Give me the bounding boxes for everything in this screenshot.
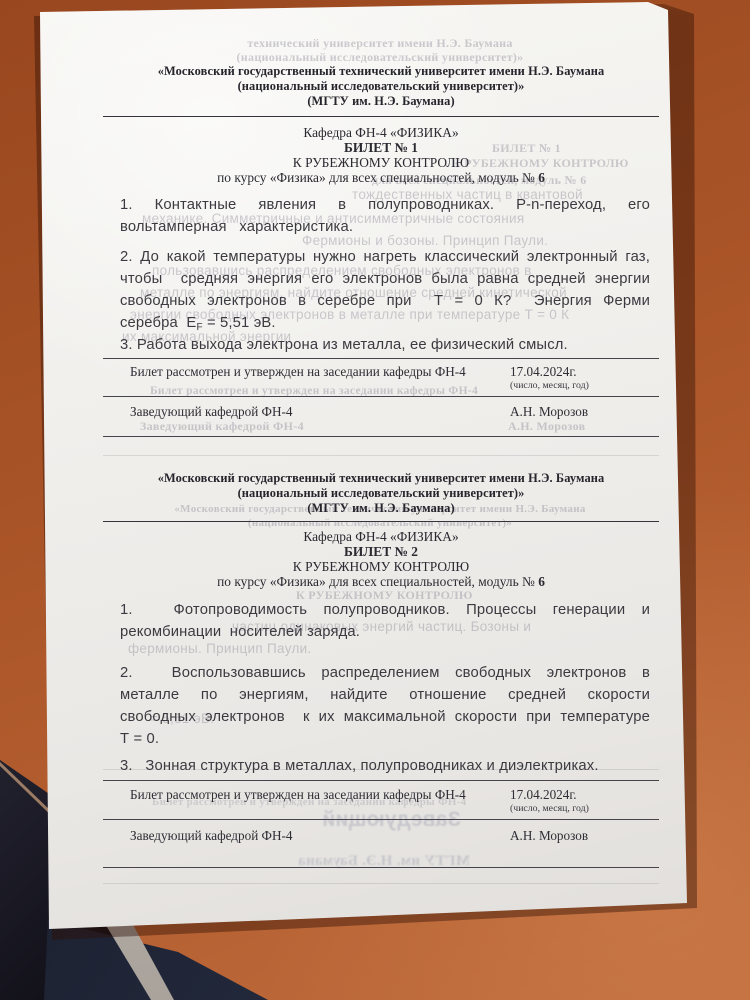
approval-date: 17.04.2024г. <box>510 364 660 380</box>
question-1-line: 1. Фотопроводимость полупроводников. Про… <box>120 599 650 621</box>
department-head-label: Заведующий кафедрой ФН-4 <box>130 828 500 844</box>
university-name-line2: (национальный исследовательский универси… <box>104 79 658 93</box>
course-line: по курсу «Физика» для всех специальносте… <box>104 171 658 185</box>
approval-date-note: (число, месяц, год) <box>510 803 660 814</box>
course-text: по курсу «Физика» для всех специальносте… <box>217 170 538 185</box>
faint-bleed-line <box>103 455 659 456</box>
approval-date-note: (число, месяц, год) <box>510 380 660 391</box>
department-title: Кафедра ФН-4 «ФИЗИКА» <box>104 530 658 544</box>
module-number: 6 <box>538 170 545 185</box>
approval-label: Билет рассмотрен и утвержден на заседани… <box>130 787 500 803</box>
department-head-label: Заведующий кафедрой ФН-4 <box>130 404 500 420</box>
approval-label: Билет рассмотрен и утвержден на заседани… <box>130 364 500 380</box>
question-2-line: серебра EF = 5,51 эВ. <box>120 312 650 334</box>
university-name-line1: «Московский государственный технический … <box>104 64 658 78</box>
question-3-line: 3. Работа выхода электрона из металла, е… <box>120 334 650 356</box>
department-title: Кафедра ФН-4 «ФИЗИКА» <box>104 126 658 140</box>
faint-bleed-line <box>103 883 659 884</box>
question-2-line: металле по энергиям, найдите отношение с… <box>120 684 650 706</box>
bleed-text: (национальный исследовательский универси… <box>150 50 610 65</box>
question-2-line: чтобы средняя энергия его электронов был… <box>120 268 650 290</box>
university-abbreviation: (МГТУ им. Н.Э. Баумана) <box>104 501 658 515</box>
approval-table-line <box>103 819 659 820</box>
exam-type: К РУБЕЖНОМУ КОНТРОЛЮ <box>104 560 658 574</box>
question-2-line: 2. До какой температуры нужно нагреть кл… <box>120 246 650 268</box>
question-2-line: 2. Воспользовавшись распределением свобо… <box>120 662 650 684</box>
question-2-line: Т = 0. <box>120 728 650 750</box>
header-divider <box>103 116 659 117</box>
fermi-energy-value: = 5,51 эВ. <box>203 315 276 331</box>
approval-date: 17.04.2024г. <box>510 787 660 803</box>
university-name-line2: (национальный исследовательский универси… <box>104 486 658 500</box>
photo-scene: технический университет имени Н.Э. Баума… <box>0 0 750 1000</box>
university-name-line1: «Московский государственный технический … <box>104 471 658 485</box>
bleed-text: А.Н. Морозов <box>508 419 585 434</box>
question-1-line: рекомбинации носителей заряда. <box>120 621 650 643</box>
approval-table-line <box>103 436 659 437</box>
exam-paper-sheet: технический университет имени Н.Э. Баума… <box>0 0 750 1000</box>
faint-bleed-line <box>103 769 659 770</box>
exam-type: К РУБЕЖНОМУ КОНТРОЛЮ <box>104 156 658 170</box>
bleed-text: (национальный исследовательский универси… <box>150 517 610 529</box>
question-1-line: 1. Контактные явления в полупроводниках.… <box>120 194 650 216</box>
approval-table-line <box>103 358 659 359</box>
question-2-line: свободных электронов к их максимальной с… <box>120 706 650 728</box>
university-abbreviation: (МГТУ им. Н.Э. Баумана) <box>104 94 658 108</box>
ticket-number: БИЛЕТ № 2 <box>104 545 658 559</box>
ticket-number: БИЛЕТ № 1 <box>104 141 658 155</box>
course-line: по курсу «Физика» для всех специальносте… <box>104 575 658 589</box>
question-1-line: вольтамперная характеристика. <box>120 216 650 238</box>
approval-table-line <box>103 396 659 397</box>
department-head-name: А.Н. Морозов <box>510 828 660 844</box>
module-number: 6 <box>538 574 545 589</box>
bleed-text: технический университет имени Н.Э. Баума… <box>150 36 610 51</box>
question-3-line: 3. Зонная структура в металлах, полупров… <box>120 755 650 777</box>
course-text: по курсу «Физика» для всех специальносте… <box>217 574 538 589</box>
department-head-name: А.Н. Морозов <box>510 404 660 420</box>
header-divider <box>103 521 659 522</box>
question-2-line: свободных электронов в серебре при Т = 0… <box>120 290 650 312</box>
fermi-energy-text: серебра E <box>120 315 196 331</box>
approval-table-line <box>103 867 659 868</box>
bleed-text: Заведующий кафедрой ФН-4 <box>140 419 304 434</box>
bleed-text: фермионы. Принцип Паули. <box>128 641 312 656</box>
approval-table-line <box>103 780 659 781</box>
